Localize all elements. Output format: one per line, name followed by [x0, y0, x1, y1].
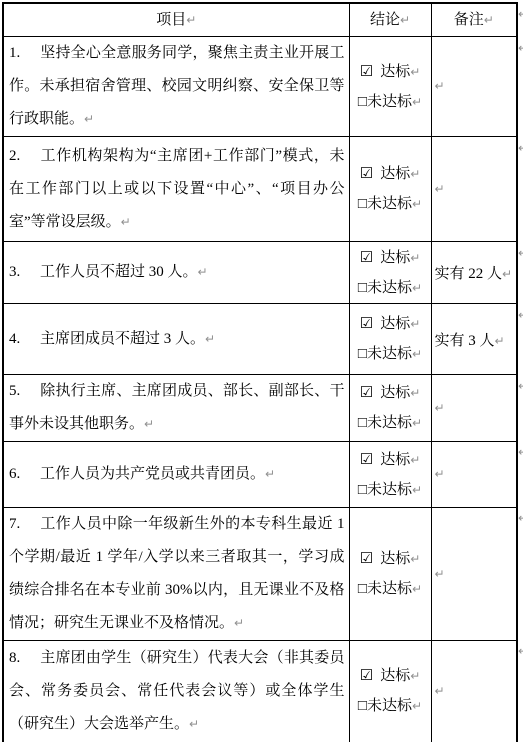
col-header-conclusion-label: 结论	[370, 12, 400, 28]
pass-option: ☑达标↵	[350, 378, 431, 408]
remark-text: 实有 22 人	[435, 266, 503, 282]
paragraph-mark: ↵	[412, 699, 422, 713]
checkbox-checked-icon[interactable]: ☑	[360, 166, 373, 182]
conclusion-cell-4: ☑达标↵ □未达标↵	[349, 304, 431, 375]
row-end-mark: ↵	[518, 380, 523, 392]
paragraph-mark: ↵	[410, 167, 420, 181]
paragraph-mark: ↵	[435, 79, 445, 93]
checkbox-unchecked-icon[interactable]: □	[358, 482, 367, 498]
item-number: 7.	[9, 508, 40, 541]
pass-label: 达标	[380, 316, 410, 332]
fail-option: □未达标↵	[350, 691, 431, 721]
remark-cell-8: ↵	[431, 641, 517, 742]
fail-label: 未达标	[367, 346, 412, 362]
conclusion-cell-2: ☑达标↵ □未达标↵	[349, 137, 431, 242]
remark-cell-5: ↵	[431, 375, 517, 442]
item-cell-7: 7.工作人员中除一年级新生外的本专科生最近 1 个学期/最近 1 学年/入学以来…	[3, 508, 349, 641]
checkbox-checked-icon[interactable]: ☑	[360, 316, 373, 332]
remark-cell-1: ↵	[431, 37, 517, 137]
conclusion-cell-1: ☑达标↵ □未达标↵	[349, 37, 431, 137]
pass-label: 达标	[380, 385, 410, 401]
fail-option: □未达标↵	[350, 408, 431, 438]
pass-label: 达标	[380, 166, 410, 182]
item-number: 1.	[9, 37, 40, 70]
document-page: 项目↵ 结论↵ 备注↵ 1.坚持全心全意服务同学，聚焦主责主业开展工作。未承担宿…	[2, 2, 518, 742]
row-end-mark: ↵	[518, 446, 523, 458]
paragraph-mark: ↵	[144, 417, 154, 431]
col-header-item: 项目↵	[3, 3, 349, 37]
paragraph-mark: ↵	[84, 112, 94, 126]
paragraph-mark: ↵	[435, 684, 445, 698]
remark-cell-6: ↵	[431, 442, 517, 508]
remark-cell-4: 实有 3 人↵	[431, 304, 517, 375]
table-row-8: 8.主席团由学生（研究生）代表大会（非其委员会、常务委员会、常任代表会议等）或全…	[3, 641, 517, 742]
remark-cell-7: ↵	[431, 508, 517, 641]
table-row-7: 7.工作人员中除一年级新生外的本专科生最近 1 个学期/最近 1 学年/入学以来…	[3, 508, 517, 641]
checkbox-checked-icon[interactable]: ☑	[360, 250, 373, 266]
item-text: 工作机构架构为“主席团+工作部门”模式，未在工作部门以上或以下设置“中心”、“项…	[9, 148, 345, 230]
table-row-6: 6.工作人员为共产党员或共青团员。↵ ☑达标↵ □未达标↵ ↵	[3, 442, 517, 508]
checkbox-unchecked-icon[interactable]: □	[358, 94, 367, 110]
table-row-4: 4.主席团成员不超过 3 人。↵ ☑达标↵ □未达标↵ 实有 3 人↵	[3, 304, 517, 375]
checkbox-checked-icon[interactable]: ☑	[360, 452, 373, 468]
col-header-remark-label: 备注	[454, 12, 484, 28]
checkbox-checked-icon[interactable]: ☑	[360, 385, 373, 401]
fail-option: □未达标↵	[350, 87, 431, 117]
item-text: 工作人员为共产党员或共青团员。	[40, 466, 265, 482]
item-cell-1: 1.坚持全心全意服务同学，聚焦主责主业开展工作。未承担宿舍管理、校园文明纠察、安…	[3, 37, 349, 137]
paragraph-mark: ↵	[410, 453, 420, 467]
col-header-remark: 备注↵	[431, 3, 517, 37]
fail-option: □未达标↵	[350, 189, 431, 219]
checkbox-checked-icon[interactable]: ☑	[360, 551, 373, 567]
paragraph-mark: ↵	[234, 616, 244, 630]
row-end-mark: ↵	[518, 42, 523, 54]
fail-label: 未达标	[367, 196, 412, 212]
row-end-mark: ↵	[518, 247, 523, 259]
fail-option: □未达标↵	[350, 475, 431, 505]
paragraph-mark: ↵	[410, 669, 420, 683]
item-cell-3: 3.工作人员不超过 30 人。↵	[3, 242, 349, 304]
row-end-mark: ↵	[518, 512, 523, 524]
conclusion-cell-3: ☑达标↵ □未达标↵	[349, 242, 431, 304]
row-end-mark: ↵	[518, 309, 523, 321]
paragraph-mark: ↵	[435, 401, 445, 415]
row-end-mark: ↵	[518, 142, 523, 154]
paragraph-mark: ↵	[410, 251, 420, 265]
fail-label: 未达标	[367, 94, 412, 110]
paragraph-mark: ↵	[435, 467, 445, 481]
col-header-item-label: 项目	[156, 12, 186, 28]
pass-label: 达标	[380, 250, 410, 266]
item-number: 3.	[9, 256, 40, 289]
paragraph-mark: ↵	[412, 483, 422, 497]
conclusion-cell-6: ☑达标↵ □未达标↵	[349, 442, 431, 508]
checkbox-checked-icon[interactable]: ☑	[360, 668, 373, 684]
paragraph-mark: ↵	[410, 552, 420, 566]
item-text: 坚持全心全意服务同学，聚焦主责主业开展工作。未承担宿舍管理、校园文明纠察、安全保…	[9, 45, 345, 127]
checkbox-unchecked-icon[interactable]: □	[358, 698, 367, 714]
table-row-3: 3.工作人员不超过 30 人。↵ ☑达标↵ □未达标↵ 实有 22 人↵	[3, 242, 517, 304]
fail-label: 未达标	[367, 581, 412, 597]
pass-label: 达标	[380, 64, 410, 80]
paragraph-mark: ↵	[410, 65, 420, 79]
item-number: 4.	[9, 323, 40, 356]
pass-label: 达标	[380, 551, 410, 567]
item-number: 5.	[9, 375, 40, 408]
paragraph-mark: ↵	[495, 334, 505, 348]
paragraph-mark: ↵	[205, 332, 215, 346]
paragraph-mark: ↵	[412, 416, 422, 430]
fail-option: □未达标↵	[350, 273, 431, 303]
paragraph-mark: ↵	[198, 265, 208, 279]
checkbox-unchecked-icon[interactable]: □	[358, 581, 367, 597]
fail-label: 未达标	[367, 698, 412, 714]
item-text: 工作人员中除一年级新生外的本专科生最近 1 个学期/最近 1 学年/入学以来三者…	[9, 516, 345, 631]
paragraph-mark: ↵	[412, 582, 422, 596]
paragraph-mark: ↵	[189, 717, 199, 731]
compliance-checklist-table: 项目↵ 结论↵ 备注↵ 1.坚持全心全意服务同学，聚焦主责主业开展工作。未承担宿…	[2, 2, 518, 742]
paragraph-mark: ↵	[435, 567, 445, 581]
fail-label: 未达标	[367, 415, 412, 431]
conclusion-cell-8: ☑达标↵ □未达标↵	[349, 641, 431, 742]
pass-option: ☑达标↵	[350, 159, 431, 189]
paragraph-mark: ↵	[412, 347, 422, 361]
fail-option: □未达标↵	[350, 574, 431, 604]
item-text: 主席团成员不超过 3 人。	[40, 331, 205, 347]
paragraph-mark: ↵	[412, 197, 422, 211]
paragraph-mark: ↵	[121, 215, 131, 229]
remark-cell-3: 实有 22 人↵	[431, 242, 517, 304]
checkbox-unchecked-icon[interactable]: □	[358, 280, 367, 296]
item-cell-8: 8.主席团由学生（研究生）代表大会（非其委员会、常务委员会、常任代表会议等）或全…	[3, 641, 349, 742]
checkbox-unchecked-icon[interactable]: □	[358, 346, 367, 362]
paragraph-mark: ↵	[412, 95, 422, 109]
pass-option: ☑达标↵	[350, 57, 431, 87]
pass-option: ☑达标↵	[350, 445, 431, 475]
col-header-conclusion: 结论↵	[349, 3, 431, 37]
paragraph-mark: ↵	[410, 317, 420, 331]
paragraph-mark: ↵	[265, 467, 275, 481]
item-cell-4: 4.主席团成员不超过 3 人。↵	[3, 304, 349, 375]
conclusion-cell-5: ☑达标↵ □未达标↵	[349, 375, 431, 442]
table-row-1: 1.坚持全心全意服务同学，聚焦主责主业开展工作。未承担宿舍管理、校园文明纠察、安…	[3, 37, 517, 137]
row-end-mark: ↵	[518, 645, 523, 657]
pass-option: ☑达标↵	[350, 661, 431, 691]
item-cell-5: 5.除执行主席、主席团成员、部长、副部长、干事外未设其他职务。↵	[3, 375, 349, 442]
item-number: 8.	[9, 642, 40, 675]
conclusion-cell-7: ☑达标↵ □未达标↵	[349, 508, 431, 641]
paragraph-mark: ↵	[435, 182, 445, 196]
pass-label: 达标	[380, 452, 410, 468]
item-number: 2.	[9, 140, 40, 173]
item-cell-6: 6.工作人员为共产党员或共青团员。↵	[3, 442, 349, 508]
item-number: 6.	[9, 458, 40, 491]
checkbox-unchecked-icon[interactable]: □	[358, 196, 367, 212]
table-row-5: 5.除执行主席、主席团成员、部长、副部长、干事外未设其他职务。↵ ☑达标↵ □未…	[3, 375, 517, 442]
item-text: 除执行主席、主席团成员、部长、副部长、干事外未设其他职务。	[9, 383, 345, 432]
paragraph-mark: ↵	[484, 13, 494, 27]
remark-text: 实有 3 人	[435, 333, 495, 349]
checkbox-unchecked-icon[interactable]: □	[358, 415, 367, 431]
item-cell-2: 2.工作机构架构为“主席团+工作部门”模式，未在工作部门以上或以下设置“中心”、…	[3, 137, 349, 242]
table-row-2: 2.工作机构架构为“主席团+工作部门”模式，未在工作部门以上或以下设置“中心”、…	[3, 137, 517, 242]
paragraph-mark: ↵	[412, 281, 422, 295]
checkbox-checked-icon[interactable]: ☑	[360, 64, 373, 80]
paragraph-mark: ↵	[400, 13, 410, 27]
paragraph-mark: ↵	[502, 267, 512, 281]
fail-option: □未达标↵	[350, 339, 431, 369]
pass-option: ☑达标↵	[350, 544, 431, 574]
remark-cell-2: ↵	[431, 137, 517, 242]
fail-label: 未达标	[367, 482, 412, 498]
header-row: 项目↵ 结论↵ 备注↵	[3, 3, 517, 37]
row-end-mark: ↵	[518, 8, 523, 20]
item-text: 工作人员不超过 30 人。	[40, 264, 198, 280]
fail-label: 未达标	[367, 280, 412, 296]
paragraph-mark: ↵	[410, 386, 420, 400]
pass-label: 达标	[380, 668, 410, 684]
pass-option: ☑达标↵	[350, 243, 431, 273]
paragraph-mark: ↵	[186, 13, 196, 27]
pass-option: ☑达标↵	[350, 309, 431, 339]
item-text: 主席团由学生（研究生）代表大会（非其委员会、常务委员会、常任代表会议等）或全体学…	[9, 650, 345, 732]
